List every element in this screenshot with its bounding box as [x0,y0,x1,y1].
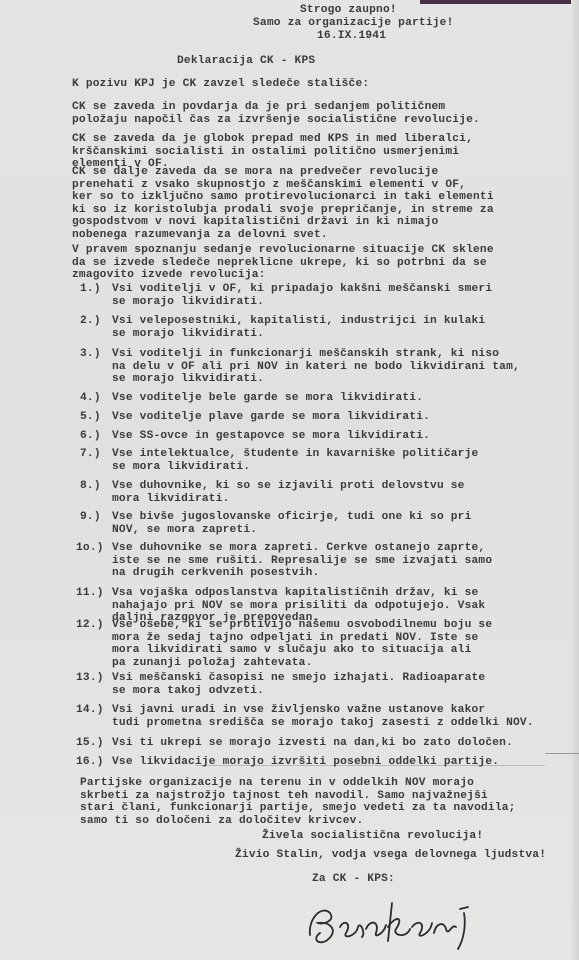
list-item-line: mora že sedaj tajno odpeljati in predati… [112,632,478,645]
closing-line: samo ti so določeni za določitev krivcev… [80,815,363,828]
list-item-number: 1.) [80,283,101,296]
background-edge [420,0,579,4]
list-item-line: pa zunanji položaj zahtevata. [112,657,313,670]
paragraph-line: gospodstvom v novi kapitalistični državi… [72,216,438,229]
list-item-line: tudi prometna središča se morajo takoj z… [112,717,534,730]
paragraph-line: CK se zaveda in povdarja da je pri sedan… [72,101,445,114]
list-item-line: Vsa vojaška odposlanstva kapitalističnih… [112,587,478,600]
paragraph-line: CK se dalje zaveda da se mora na predveč… [72,166,438,179]
list-item-line: mora likvidirati. [112,493,230,506]
list-item-line: Vse osebe, ki se protivijo našemu osvobo… [112,619,492,632]
list-item-line: se mora likvidirati. [112,461,250,474]
list-item-number: 3.) [80,348,101,361]
list-item-number: 6.) [80,430,101,443]
list-item-number: 16.) [76,756,104,769]
list-item-line: na delu v OF ali pri NOV in kateri ne bo… [112,361,520,374]
list-item-line: Vsi ti ukrepi se morajo izvesti na dan,k… [112,737,513,750]
list-item-line: Vsi veleposestniki, kapitalisti, industr… [112,315,485,328]
paragraph-line: V pravem spoznanju sedanje revolucionarn… [72,244,494,257]
list-item-number: 1o.) [76,542,104,555]
signature [300,893,480,953]
signoff: Za CK - KPS: [312,873,395,886]
list-item-line: se morajo likvidirati. [112,373,264,386]
list-item-line: Vse intelektualce, študente in kavarnišk… [112,448,478,461]
closing-line: stari člani, funkcionarji partije, smejo… [80,802,516,815]
list-item-line: Vse likvidacije morajo izvršiti posebni … [112,756,499,769]
list-item-line: na drugih cerkvenih posestvih. [112,567,319,580]
list-item-line: se morajo likvidirati. [112,296,264,309]
paragraph-line: krščanskimi socialisti in ostalimi polit… [72,146,459,159]
margin-mark [545,753,579,754]
list-item-line: se morajo likvidirati. [112,328,264,341]
list-item-line: Vse duhovnike se mora zapreti. Cerkve os… [112,542,485,555]
list-item-number: 14.) [76,704,104,717]
list-item-line: Vse SS-ovce in gestapovce se mora likvid… [112,430,430,443]
list-item-line: Vsi voditelji v OF, ki pripadajo kakšni … [112,283,492,296]
paragraph-line: ki so iz koristolubja prodali svoje prep… [72,204,494,217]
list-item-line: se mora takoj odvzeti. [112,685,264,698]
paper-edge [571,0,579,960]
paragraph-line: CK se zaveda da je globok prepad med KPS… [72,133,473,146]
paragraph-line: prenehati z vsako skupnostjo z meščanski… [72,179,466,192]
list-item-line: Vse bivše jugoslovanske oficirje, tudi o… [112,511,472,524]
list-item-line: Vse voditelje bele garde se mora likvidi… [112,392,423,405]
closing-line: skrbeti za najstrožjo tajnost teh navodi… [80,790,488,803]
list-item-number: 9.) [80,511,101,524]
list-item-line: iste se ne sme rušiti. Represalije se sm… [112,555,492,568]
list-item-number: 13.) [76,672,104,685]
list-item-number: 2.) [80,315,101,328]
paragraph-line: zmagovito izvede revolucija: [72,269,266,282]
paragraph-line: položaju napočil čas za izvršenje social… [72,114,480,127]
list-item-number: 5.) [80,411,101,424]
list-item-line: NOV, se mora zapreti. [112,524,257,537]
list-item-line: Vse voditelje plave garde se mora likvid… [112,411,430,424]
document-page: Strogo zaupno! Samo za organizacije part… [0,0,579,960]
list-item-line: Vsi voditelji in funkcionarji meščanskih… [112,348,499,361]
list-item-number: 12.) [76,619,104,632]
list-item-number: 7.) [80,448,101,461]
list-item-line: Vsi meščanski časopisi ne smejo izhajati… [112,672,485,685]
list-item-number: 15.) [76,737,104,750]
list-item-line: mora likvidirati samo v slučaju ako to s… [112,644,472,657]
document-date: 16.IX.1941 [317,30,386,43]
slogan: Živela socialistična revolucija! [262,830,483,843]
paragraph-line: ker so to izključno samo protirevolucion… [72,191,494,204]
list-item-line: nahajajo pri NOV se mora prisiliti da od… [112,600,485,613]
list-item-number: 4.) [80,392,101,405]
list-item-number: 8.) [80,480,101,493]
list-item-number: 11.) [76,587,104,600]
classification-mark: Strogo zaupno! [300,4,397,17]
slogan: Živio Stalin, vodja vsega delovnega ljud… [235,849,546,862]
paragraph-line: nobenega razumevanja za delovni svet. [72,229,328,242]
distribution-note: Samo za organizacije partije! [253,17,454,30]
closing-line: Partijske organizacije na terenu in v od… [80,777,474,790]
paragraph-line: da se izvede sledeče nepreklicne ukrepe,… [72,257,487,270]
intro-line: K pozivu KPJ je CK zavzel sledeče stališ… [72,78,369,91]
document-title: Deklaracija CK - KPS [177,55,315,68]
list-item-line: Vsi javni uradi in vse življensko važne … [112,704,485,717]
list-item-line: Vse duhovnike, ki so se izjavili proti d… [112,480,465,493]
